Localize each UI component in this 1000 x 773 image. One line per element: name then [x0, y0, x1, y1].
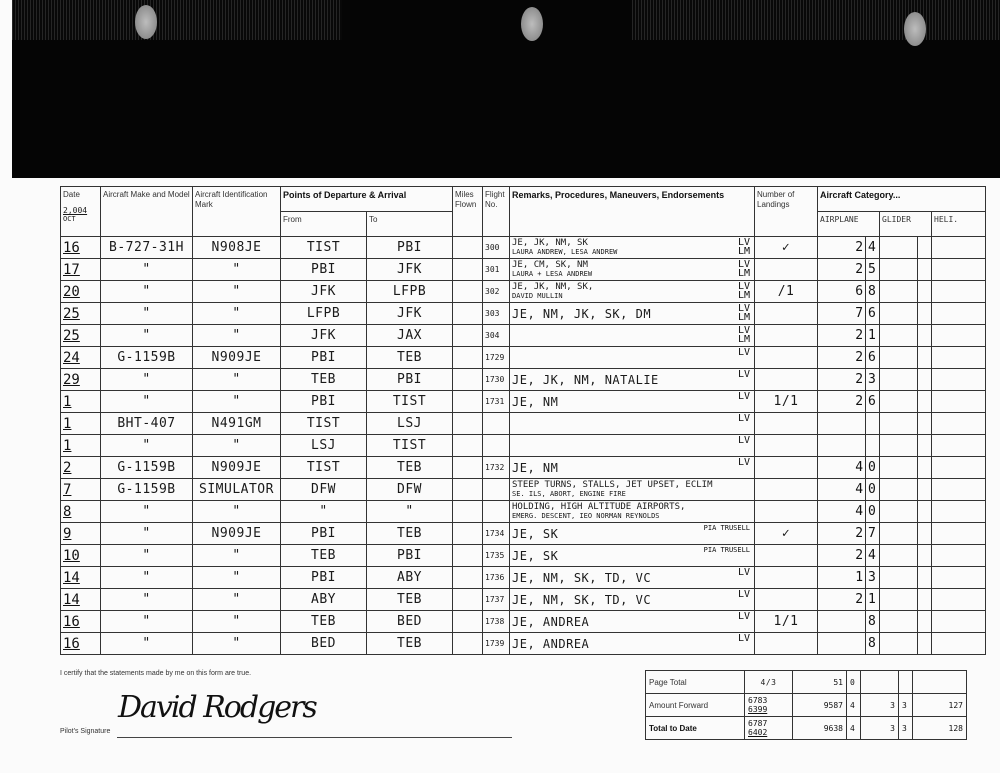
remarks-line: JE, NM, SK, TD, VC [512, 593, 752, 607]
helicopter-cell [932, 347, 986, 369]
amount-forward-glider-tenths: 3 [899, 694, 913, 717]
aircraft-make-cell: " [101, 633, 193, 655]
aircraft-id-cell: N908JE [193, 237, 281, 259]
helicopter-cell [932, 589, 986, 611]
glider-tenths-cell [918, 325, 932, 347]
log-entry-row: 10""TEBPBI1735JE, SKPIA TRUSELL24 [61, 545, 986, 567]
to-cell: JAX [367, 325, 453, 347]
miles-cell [453, 501, 483, 523]
remarks-cell: JE, SKPIA TRUSELL [510, 523, 755, 545]
date-cell: 17 [61, 259, 101, 281]
remarks-header: Remarks, Procedures, Maneuvers, Endorsem… [510, 187, 755, 237]
aircraft-id-cell: N909JE [193, 347, 281, 369]
airplane-hours-cell: 4 [818, 501, 866, 523]
from-cell: LFPB [281, 303, 367, 325]
flight-no-cell: 300 [483, 237, 510, 259]
log-entry-row: 1""LSJTISTLV [61, 435, 986, 457]
page-total-row: Page Total 4/3 51 0 [646, 671, 967, 694]
glider-hours-cell [880, 391, 918, 413]
aircraft-make-cell: " [101, 567, 193, 589]
helicopter-cell [932, 413, 986, 435]
remarks-cell: LV [510, 413, 755, 435]
landings-header: Number of Landings [755, 187, 818, 237]
miles-header: Miles Flown [453, 187, 483, 237]
log-entry-row: 7G-1159BSIMULATORDFWDFWSTEEP TURNS, STAL… [61, 479, 986, 501]
airplane-tenths-cell: 8 [866, 633, 880, 655]
aircraft-make-cell: " [101, 611, 193, 633]
flight-no-cell: 303 [483, 303, 510, 325]
to-cell: TEB [367, 633, 453, 655]
crew-tag: LVLM [738, 282, 750, 300]
airplane-hours-cell: 2 [818, 347, 866, 369]
flight-no-cell [483, 501, 510, 523]
remarks-line: JE, ANDREA [512, 637, 752, 651]
glider-hours-cell [880, 545, 918, 567]
remarks-cell: JE, SKPIA TRUSELL [510, 545, 755, 567]
glider-tenths-cell [918, 611, 932, 633]
airplane-hours-cell: 2 [818, 589, 866, 611]
landings-cell [755, 413, 818, 435]
airplane-hours-cell: 2 [818, 545, 866, 567]
landings-cell [755, 545, 818, 567]
remarks-cell: JE, NM, SK, TD, VCLV [510, 567, 755, 589]
airplane-hours-cell: 2 [818, 325, 866, 347]
aircraft-id-cell: " [193, 325, 281, 347]
aircraft-id-cell: " [193, 545, 281, 567]
signature-line [117, 737, 512, 738]
airplane-tenths-cell: 8 [866, 611, 880, 633]
aircraft-make-cell: G-1159B [101, 479, 193, 501]
flight-no-cell: 1731 [483, 391, 510, 413]
crew-tag: LV [738, 612, 750, 621]
totals-table: Page Total 4/3 51 0 Amount Forward 67836… [645, 670, 967, 740]
from-cell: TIST [281, 413, 367, 435]
from-cell: PBI [281, 391, 367, 413]
total-to-date-heli: 128 [913, 717, 967, 740]
to-cell: JFK [367, 303, 453, 325]
from-cell: LSJ [281, 435, 367, 457]
amount-forward-glider-hours: 3 [861, 694, 899, 717]
remarks-cell: JE, JK, NM, SK,DAVID MULLINLVLM [510, 281, 755, 303]
airplane-tenths-cell: 3 [866, 369, 880, 391]
flight-no-cell: 1736 [483, 567, 510, 589]
remarks-line: JE, NM [512, 461, 752, 475]
airplane-tenths-cell: 4 [866, 545, 880, 567]
page-total-airplane-tenths: 0 [847, 671, 861, 694]
airplane-tenths-cell: 3 [866, 567, 880, 589]
aircraft-make-cell: " [101, 391, 193, 413]
glider-hours-cell [880, 523, 918, 545]
aircraft-id-cell: " [193, 369, 281, 391]
miles-cell [453, 391, 483, 413]
miles-cell [453, 369, 483, 391]
from-cell: PBI [281, 259, 367, 281]
remarks-line: JE, JK, NM, NATALIE [512, 373, 752, 387]
crew-tag: LV [738, 634, 750, 643]
aircraft-id-cell: " [193, 281, 281, 303]
helicopter-cell [932, 479, 986, 501]
aircraft-make-cell: " [101, 435, 193, 457]
aircraft-make-cell: BHT-407 [101, 413, 193, 435]
airplane-hours-cell: 2 [818, 237, 866, 259]
date-cell: 14 [61, 567, 101, 589]
helicopter-cell [932, 281, 986, 303]
date-cell: 16 [61, 237, 101, 259]
remarks-line: STEEP TURNS, STALLS, JET UPSET, ECLIM [512, 481, 752, 490]
landings-cell: /1 [755, 281, 818, 303]
from-cell: TEB [281, 611, 367, 633]
from-cell: PBI [281, 347, 367, 369]
from-cell: TIST [281, 237, 367, 259]
remarks-line: JE, NM [512, 395, 752, 409]
airplane-hours-cell [818, 413, 866, 435]
glider-hours-cell [880, 237, 918, 259]
date-cell: 1 [61, 413, 101, 435]
glider-hours-cell [880, 369, 918, 391]
glider-tenths-cell [918, 567, 932, 589]
from-cell: TEB [281, 369, 367, 391]
landings-cell [755, 501, 818, 523]
miles-cell [453, 347, 483, 369]
binder-hole [521, 7, 543, 41]
helicopter-cell [932, 303, 986, 325]
from-cell: TEB [281, 545, 367, 567]
to-cell: BED [367, 611, 453, 633]
flight-no-cell [483, 413, 510, 435]
from-cell: DFW [281, 479, 367, 501]
from-header: From [281, 212, 367, 237]
glider-tenths-cell [918, 633, 932, 655]
aircraft-make-cell: " [101, 281, 193, 303]
log-entry-row: 25""JFKJAX304LVLM21 [61, 325, 986, 347]
flight-no-cell: 1729 [483, 347, 510, 369]
helicopter-cell [932, 457, 986, 479]
aircraft-id-cell: " [193, 303, 281, 325]
airplane-tenths-cell: 0 [866, 501, 880, 523]
flight-no-cell: 302 [483, 281, 510, 303]
landings-cell: 1/1 [755, 611, 818, 633]
crew-tag: LVLM [738, 326, 750, 344]
aircraft-id-cell: " [193, 391, 281, 413]
amount-forward-label: Amount Forward [646, 694, 745, 717]
log-entry-row: 17""PBIJFK301JE, CM, SK, NMLAURA + LESA … [61, 259, 986, 281]
aircraft-make-header: Aircraft Make and Model [101, 187, 193, 237]
to-cell: PBI [367, 545, 453, 567]
airplane-tenths-cell [866, 435, 880, 457]
flight-no-cell: 1735 [483, 545, 510, 567]
airplane-hours-cell [818, 611, 866, 633]
log-entry-row: 2G-1159BN909JETISTTEB1732JE, NMLV40 [61, 457, 986, 479]
to-cell: DFW [367, 479, 453, 501]
airplane-tenths-cell: 6 [866, 347, 880, 369]
landings-cell [755, 347, 818, 369]
total-to-date-landings: 67876402 [745, 717, 793, 740]
date-cell: 25 [61, 303, 101, 325]
from-cell: JFK [281, 325, 367, 347]
remarks-line: JE, JK, NM, SK [512, 239, 752, 248]
from-cell: JFK [281, 281, 367, 303]
remarks-cell: JE, NMLV [510, 457, 755, 479]
date-header: Date 2,004 OCT [61, 187, 101, 237]
miles-cell [453, 589, 483, 611]
helicopter-cell [932, 259, 986, 281]
remarks-line: JE, ANDREA [512, 615, 752, 629]
airplane-tenths-cell: 0 [866, 457, 880, 479]
aircraft-id-cell: N909JE [193, 523, 281, 545]
helicopter-cell [932, 501, 986, 523]
crew-tag: LV [738, 436, 750, 445]
landings-cell: ✓ [755, 237, 818, 259]
helicopter-header: HELI. [932, 212, 986, 237]
glider-hours-cell [880, 589, 918, 611]
helicopter-cell [932, 435, 986, 457]
remarks-cell: JE, NM, JK, SK, DMLVLM [510, 303, 755, 325]
flight-no-header: Flight No. [483, 187, 510, 237]
remarks-cell: STEEP TURNS, STALLS, JET UPSET, ECLIMSE.… [510, 479, 755, 501]
flight-no-cell: 1730 [483, 369, 510, 391]
glider-tenths-cell [918, 347, 932, 369]
glider-hours-cell [880, 347, 918, 369]
airplane-tenths-cell: 1 [866, 589, 880, 611]
crew-tag: LVLM [738, 238, 750, 256]
miles-cell [453, 325, 483, 347]
remarks-cell: JE, NMLV [510, 391, 755, 413]
crew-tag: LV [738, 414, 750, 423]
airplane-hours-cell: 2 [818, 259, 866, 281]
remarks-cell: JE, JK, NM, SKLAURA ANDREW, LESA ANDREWL… [510, 237, 755, 259]
landings-cell [755, 589, 818, 611]
total-to-date-glider-hours: 3 [861, 717, 899, 740]
points-header: Points of Departure & Arrival [281, 187, 453, 212]
landings-cell [755, 325, 818, 347]
glider-tenths-cell [918, 281, 932, 303]
to-cell: PBI [367, 237, 453, 259]
aircraft-make-cell: " [101, 501, 193, 523]
airplane-tenths-cell: 5 [866, 259, 880, 281]
flight-no-cell: 301 [483, 259, 510, 281]
glider-hours-cell [880, 633, 918, 655]
crew-tag: LV [738, 568, 750, 577]
date-cell: 7 [61, 479, 101, 501]
crew-tag: PIA TRUSELL [704, 524, 750, 533]
miles-cell [453, 259, 483, 281]
glider-tenths-cell [918, 391, 932, 413]
remarks-line: JE, NM, JK, SK, DM [512, 307, 752, 321]
crew-tag: PIA TRUSELL [704, 546, 750, 555]
aircraft-make-cell: B-727-31H [101, 237, 193, 259]
to-cell: TIST [367, 435, 453, 457]
miles-cell [453, 479, 483, 501]
log-entry-row: 24G-1159BN909JEPBITEB1729LV26 [61, 347, 986, 369]
page-total-label: Page Total [646, 671, 745, 694]
date-cell: 8 [61, 501, 101, 523]
airplane-tenths-cell: 0 [866, 479, 880, 501]
remarks-cell: JE, CM, SK, NMLAURA + LESA ANDREWLVLM [510, 259, 755, 281]
log-entry-row: 16""TEBBED1738JE, ANDREALV1/18 [61, 611, 986, 633]
miles-cell [453, 413, 483, 435]
crew-tag: LV [738, 590, 750, 599]
signature-label: Pilot's Signature [60, 728, 110, 735]
aircraft-make-cell: " [101, 589, 193, 611]
glider-tenths-cell [918, 237, 932, 259]
landings-cell [755, 369, 818, 391]
glider-hours-cell [880, 303, 918, 325]
glider-header: GLIDER [880, 212, 932, 237]
date-cell: 25 [61, 325, 101, 347]
date-cell: 1 [61, 391, 101, 413]
helicopter-cell [932, 611, 986, 633]
date-cell: 1 [61, 435, 101, 457]
crew-tag: LV [738, 348, 750, 357]
to-cell: LFPB [367, 281, 453, 303]
miles-cell [453, 523, 483, 545]
amount-forward-heli: 127 [913, 694, 967, 717]
page-total-airplane-hours: 51 [793, 671, 847, 694]
glider-hours-cell [880, 479, 918, 501]
aircraft-id-cell: " [193, 633, 281, 655]
to-cell: JFK [367, 259, 453, 281]
log-entry-row: 20""JFKLFPB302JE, JK, NM, SK,DAVID MULLI… [61, 281, 986, 303]
total-to-date-row: Total to Date 67876402 9638 4 3 3 128 [646, 717, 967, 740]
aircraft-make-cell: G-1159B [101, 347, 193, 369]
airplane-hours-cell: 4 [818, 479, 866, 501]
landings-cell [755, 303, 818, 325]
glider-tenths-cell [918, 413, 932, 435]
to-cell: ABY [367, 567, 453, 589]
from-cell: BED [281, 633, 367, 655]
flight-no-cell: 1737 [483, 589, 510, 611]
landings-cell [755, 457, 818, 479]
log-entry-row: 25""LFPBJFK303JE, NM, JK, SK, DMLVLM76 [61, 303, 986, 325]
glider-tenths-cell [918, 545, 932, 567]
remarks-line: EMERG. DESCENT, IEO NORMAN REYNOLDS [512, 512, 752, 520]
category-header: Aircraft Category... [818, 187, 986, 212]
amount-forward-airplane-tenths: 4 [847, 694, 861, 717]
log-entry-row: 1""PBITIST1731JE, NMLV1/126 [61, 391, 986, 413]
flight-no-cell: 304 [483, 325, 510, 347]
aircraft-id-cell: " [193, 611, 281, 633]
crew-tag: LV [738, 392, 750, 401]
remarks-cell: LV [510, 435, 755, 457]
total-to-date-airplane-tenths: 4 [847, 717, 861, 740]
aircraft-make-cell: " [101, 303, 193, 325]
glider-hours-cell [880, 259, 918, 281]
aircraft-id-cell: SIMULATOR [193, 479, 281, 501]
airplane-hours-cell: 7 [818, 303, 866, 325]
glider-tenths-cell [918, 479, 932, 501]
to-cell: TEB [367, 589, 453, 611]
logbook-table: Date 2,004 OCT Aircraft Make and Model A… [60, 186, 986, 655]
log-entry-row: 9"N909JEPBITEB1734JE, SKPIA TRUSELL✓27 [61, 523, 986, 545]
total-to-date-airplane-hours: 9638 [793, 717, 847, 740]
date-cell: 24 [61, 347, 101, 369]
total-to-date-glider-tenths: 3 [899, 717, 913, 740]
helicopter-cell [932, 325, 986, 347]
miles-cell [453, 567, 483, 589]
remarks-line: HOLDING, HIGH ALTITUDE AIRPORTS, [512, 503, 752, 512]
remarks-cell: LVLM [510, 325, 755, 347]
remarks-line: LAURA + LESA ANDREW [512, 270, 752, 278]
aircraft-make-cell: " [101, 523, 193, 545]
airplane-hours-cell: 2 [818, 369, 866, 391]
glider-tenths-cell [918, 435, 932, 457]
scan-noise [632, 0, 1000, 40]
landings-cell [755, 479, 818, 501]
remarks-line: LAURA ANDREW, LESA ANDREW [512, 248, 752, 256]
date-cell: 2 [61, 457, 101, 479]
date-cell: 10 [61, 545, 101, 567]
aircraft-id-cell: " [193, 589, 281, 611]
airplane-hours-cell: 6 [818, 281, 866, 303]
airplane-tenths-cell: 8 [866, 281, 880, 303]
remarks-cell: JE, NM, SK, TD, VCLV [510, 589, 755, 611]
airplane-hours-cell: 4 [818, 457, 866, 479]
landings-cell [755, 567, 818, 589]
miles-cell [453, 545, 483, 567]
glider-hours-cell [880, 435, 918, 457]
to-cell: TEB [367, 347, 453, 369]
aircraft-id-cell: " [193, 435, 281, 457]
remarks-cell: JE, JK, NM, NATALIELV [510, 369, 755, 391]
airplane-tenths-cell: 7 [866, 523, 880, 545]
airplane-hours-cell: 2 [818, 523, 866, 545]
remarks-cell: JE, ANDREALV [510, 633, 755, 655]
from-cell: PBI [281, 567, 367, 589]
log-entry-row: 14""ABYTEB1737JE, NM, SK, TD, VCLV21 [61, 589, 986, 611]
aircraft-make-cell: " [101, 259, 193, 281]
total-to-date-label: Total to Date [646, 717, 745, 740]
airplane-tenths-cell: 6 [866, 303, 880, 325]
binder-hole [904, 12, 926, 46]
flight-no-cell: 1734 [483, 523, 510, 545]
glider-tenths-cell [918, 369, 932, 391]
crew-tag: LV [738, 458, 750, 467]
to-cell: TIST [367, 391, 453, 413]
scan-noise [12, 0, 342, 40]
remarks-cell: HOLDING, HIGH ALTITUDE AIRPORTS,EMERG. D… [510, 501, 755, 523]
scanned-binder-margin [12, 0, 1000, 178]
page-total-glider-hours [861, 671, 899, 694]
glider-tenths-cell [918, 457, 932, 479]
log-entry-row: 1BHT-407N491GMTISTLSJLV [61, 413, 986, 435]
remarks-cell: JE, ANDREALV [510, 611, 755, 633]
airplane-tenths-cell [866, 413, 880, 435]
amount-forward-airplane-hours: 9587 [793, 694, 847, 717]
crew-tag: LVLM [738, 260, 750, 278]
flight-no-cell: 1738 [483, 611, 510, 633]
page-total-glider-tenths [899, 671, 913, 694]
aircraft-id-cell: " [193, 259, 281, 281]
helicopter-cell [932, 545, 986, 567]
glider-tenths-cell [918, 303, 932, 325]
remarks-line: DAVID MULLIN [512, 292, 752, 300]
date-cell: 16 [61, 611, 101, 633]
log-entry-row: 14""PBIABY1736JE, NM, SK, TD, VCLV13 [61, 567, 986, 589]
aircraft-make-cell: " [101, 369, 193, 391]
date-cell: 14 [61, 589, 101, 611]
landings-cell [755, 633, 818, 655]
airplane-tenths-cell: 1 [866, 325, 880, 347]
pilot-signature: David Rodgers [118, 690, 316, 725]
helicopter-cell [932, 633, 986, 655]
landings-cell [755, 259, 818, 281]
remarks-line: JE, CM, SK, NM [512, 261, 752, 270]
airplane-tenths-cell: 6 [866, 391, 880, 413]
page-total-landings: 4/3 [745, 671, 793, 694]
aircraft-id-header: Aircraft Identification Mark [193, 187, 281, 237]
airplane-hours-cell [818, 633, 866, 655]
to-cell: " [367, 501, 453, 523]
